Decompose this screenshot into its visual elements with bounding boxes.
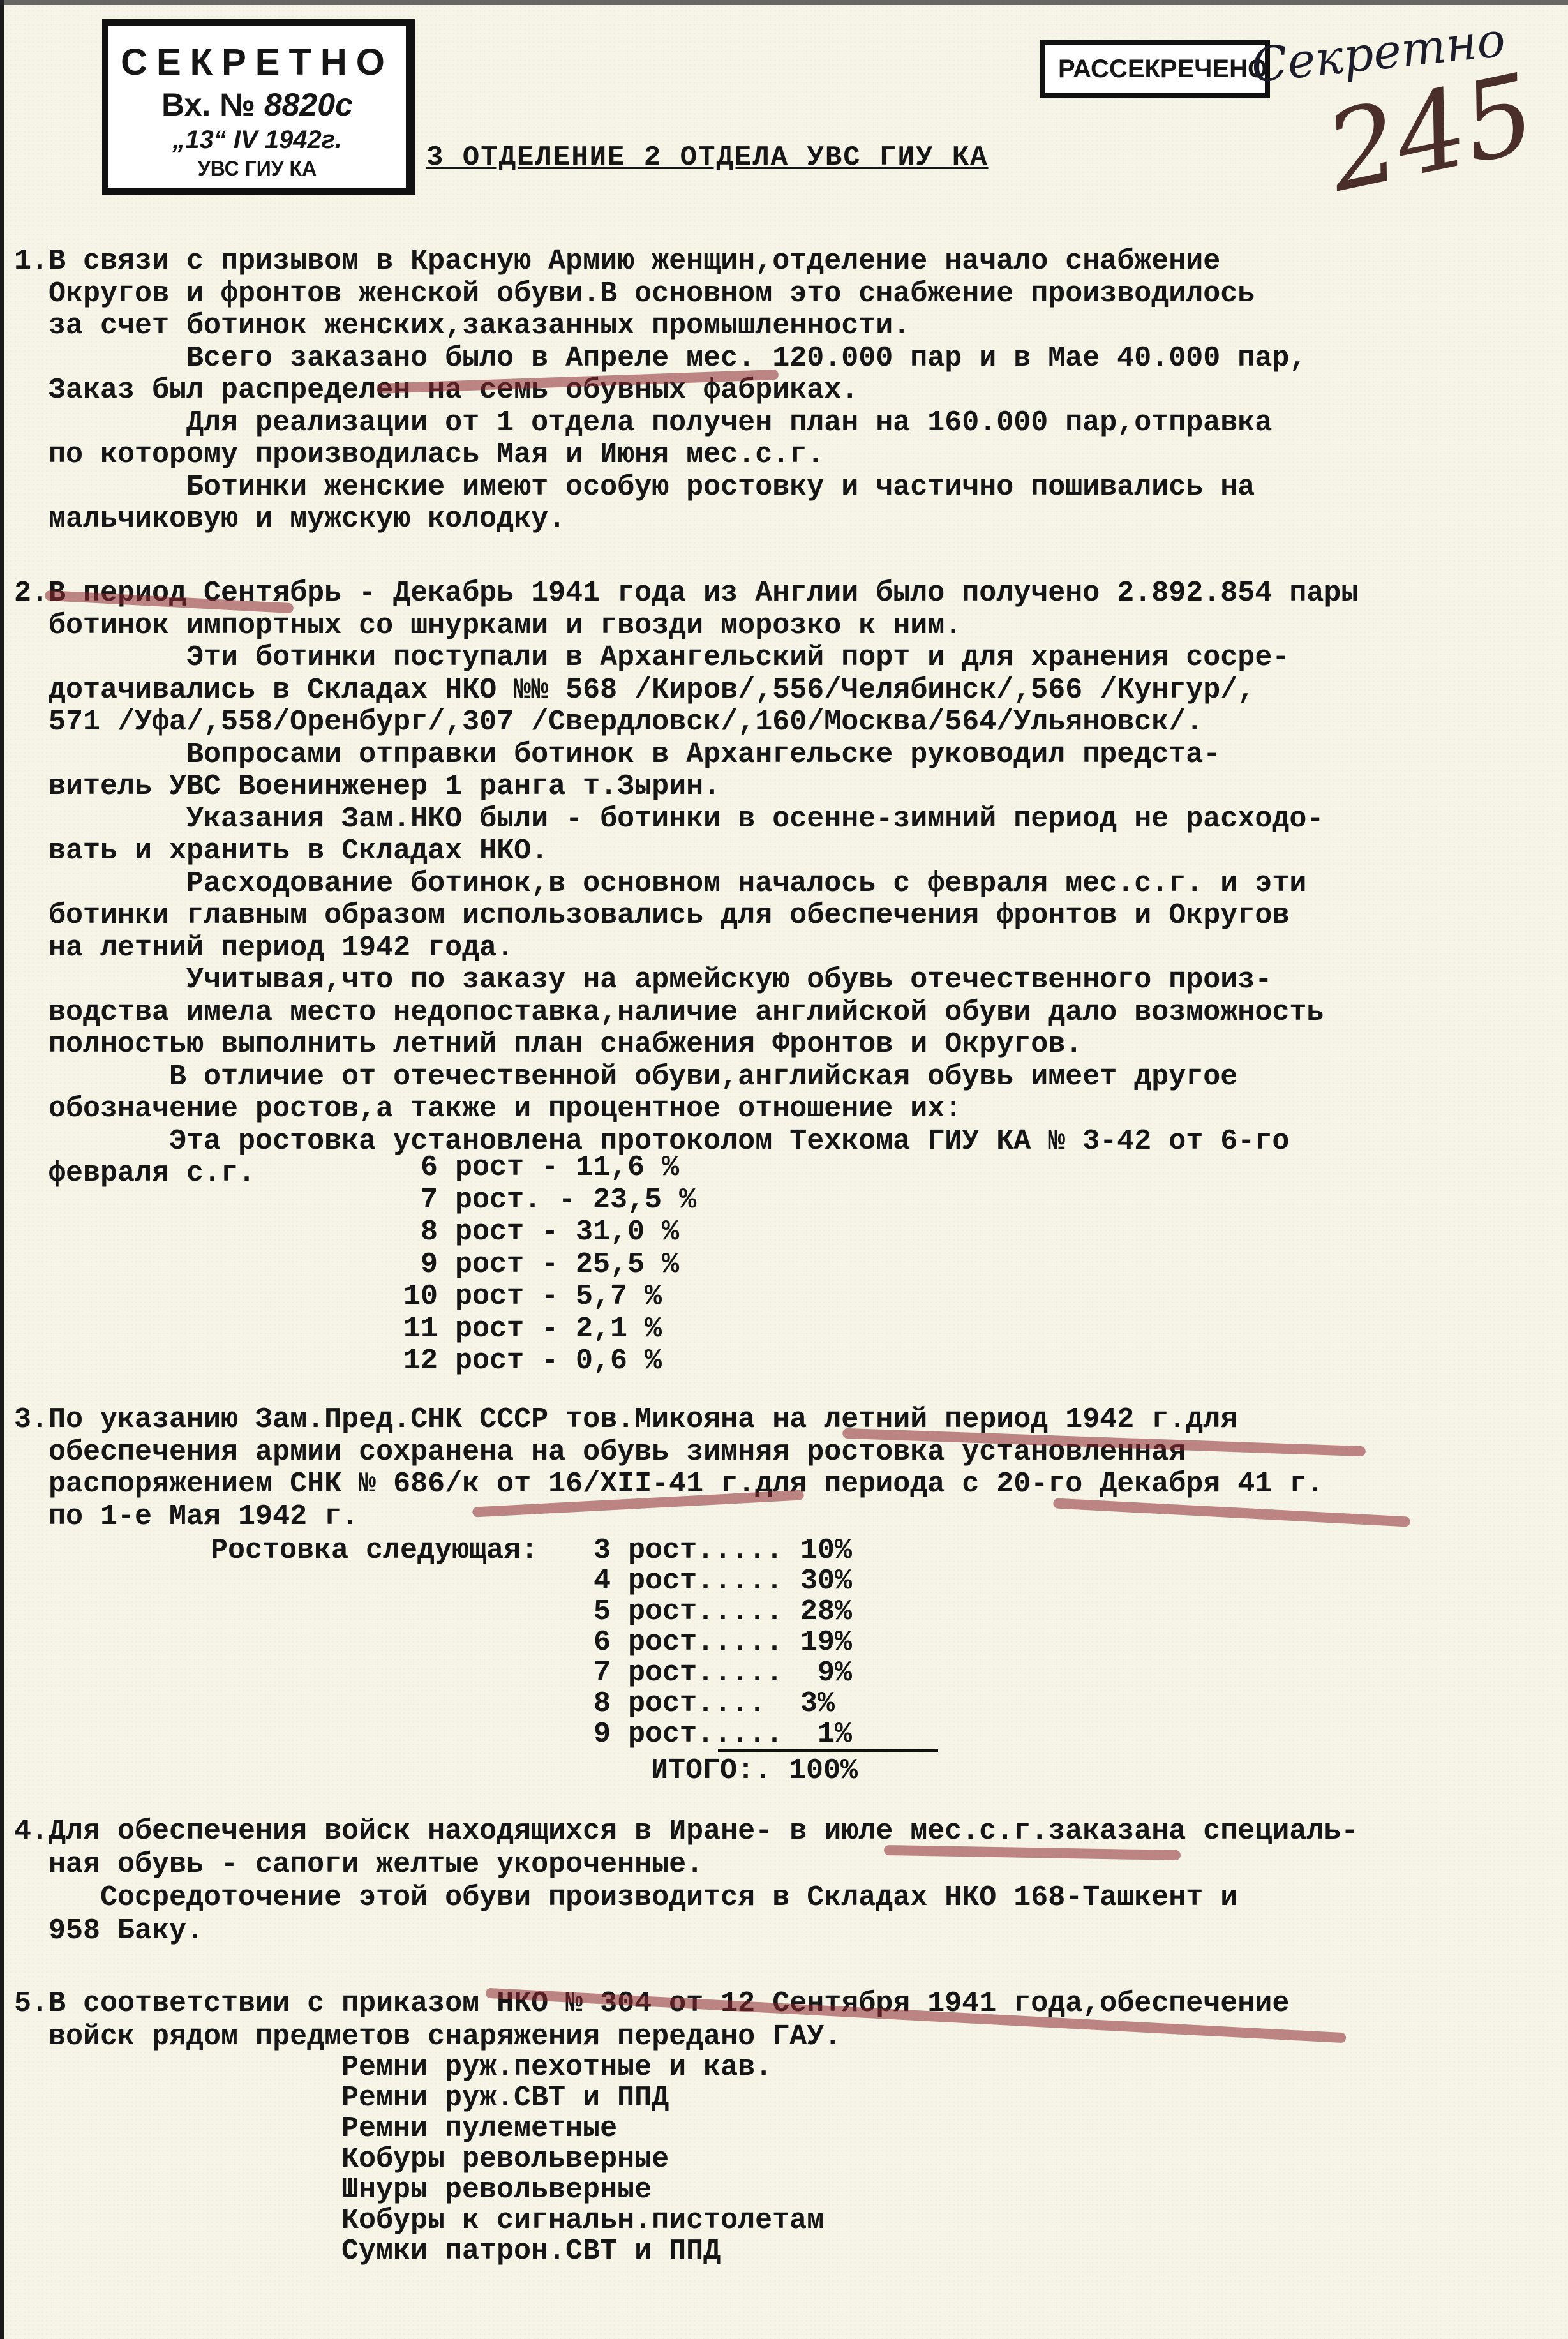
section-2-line: Расходование ботинок,в основном началось… <box>14 868 1306 900</box>
size-row: 6 рост - 11,6 % <box>403 1152 679 1184</box>
equipment-item: Сумки патрон.СВТ и ППД <box>341 2236 721 2268</box>
size-row: 6 рост..... 19% <box>594 1627 852 1659</box>
section-2-line: Вопросами отправки ботинок в Архангельск… <box>14 739 1220 771</box>
size-row: 4 рост..... 30% <box>594 1566 852 1597</box>
declassified-stamp: РАССЕКРЕЧЕНО <box>1040 40 1270 98</box>
size-row: 7 рост. - 23,5 % <box>403 1184 696 1216</box>
section-1-line: за счет ботинок женских,заказанных промы… <box>14 310 910 342</box>
section-4-line: ная обувь - сапоги желтые укороченные. <box>14 1849 703 1881</box>
section-2-line: ботинки главным образом использовались д… <box>14 900 1289 932</box>
section-4-line: 4.Для обеспечения войск находящихся в Ир… <box>14 1816 1358 1848</box>
section-2-line: Эти ботинки поступали в Архангельский по… <box>14 642 1289 674</box>
section-3-line: 3.По указанию Зам.Пред.СНК СССР тов.Мико… <box>14 1404 1237 1436</box>
section-2-line: вать и хранить в Складах НКО. <box>14 835 548 867</box>
size-row: 7 рост..... 9% <box>594 1657 852 1689</box>
section-2-line: Учитывая,что по заказу на армейскую обув… <box>14 964 1272 996</box>
section-5-line: войск рядом предметов снаряжения передан… <box>14 2021 841 2053</box>
stamp-date: „13“ IV 1942г. <box>108 126 406 154</box>
size-total: ИТОГО:. 100% <box>651 1755 858 1787</box>
total-rule <box>718 1749 938 1752</box>
section-4-line: Сосредоточение этой обуви производится в… <box>14 1882 1237 1914</box>
equipment-item: Ремни руж.СВТ и ППД <box>341 2082 669 2114</box>
scan-edge <box>0 0 4 2339</box>
section-2-line: дотачивались в Складах НКО №№ 568 /Киров… <box>14 675 1255 706</box>
secret-stamp: СЕКРЕТНО Вх. № 8820с „13“ IV 1942г. УВС … <box>102 19 415 195</box>
equipment-item: Кобуры револьверные <box>341 2144 669 2176</box>
equipment-item: Кобуры к сигнальн.пистолетам <box>341 2205 824 2237</box>
section-3-line: по 1-е Мая 1942 г. <box>14 1501 359 1533</box>
stamp-number: Вх. № 8820с <box>108 86 406 123</box>
section-2-line: В отличие от отечественной обуви,английс… <box>14 1061 1237 1093</box>
red-pencil-underline <box>1053 1498 1410 1527</box>
section-1-line: Ботинки женские имеют особую ростовку и … <box>14 472 1255 504</box>
section-1-line: по которому производилась Мая и Июня мес… <box>14 439 824 471</box>
equipment-item: Ремни руж.пехотные и кав. <box>341 2052 772 2084</box>
size-row: 11 рост - 2,1 % <box>403 1313 662 1345</box>
section-2-line: ботинок импортных со шнурками и гвозди м… <box>14 610 962 642</box>
section-1-line: 1.В связи с призывом в Красную Армию жен… <box>14 246 1220 278</box>
stamp-title: СЕКРЕТНО <box>108 41 406 84</box>
size-intro: Ростовка следующая: <box>211 1535 538 1567</box>
equipment-item: Шнуры револьверные <box>341 2174 652 2206</box>
section-3-line: распоряжением СНК № 686/к от 16/XII-41 г… <box>14 1468 1324 1500</box>
size-row: 8 рост - 31,0 % <box>403 1216 679 1248</box>
size-row: 8 рост.... 3% <box>594 1688 835 1720</box>
size-row: 3 рост..... 10% <box>594 1535 852 1567</box>
document-heading: 3 ОТДЕЛЕНИЕ 2 ОТДЕЛА УВС ГИУ КА <box>426 142 989 174</box>
section-2-line: Указания Зам.НКО были - ботинки в осенне… <box>14 803 1324 835</box>
section-1-line: Для реализации от 1 отдела получен план … <box>14 407 1272 439</box>
section-2-line: полностью выполнить летний план снабжени… <box>14 1029 1082 1061</box>
section-1-line: Всего заказано было в Апреле мес. 120.00… <box>14 343 1306 375</box>
section-2-line: витель УВС Военинженер 1 ранга т.Зырин. <box>14 771 721 803</box>
section-2-line: обозначение ростов,а также и процентное … <box>14 1093 962 1125</box>
section-2-line: 571 /Уфа/,558/Оренбург/,307 /Свердловск/… <box>14 706 1203 738</box>
section-4-line: 958 Баку. <box>14 1915 204 1947</box>
size-row: 9 рост..... 1% <box>594 1719 852 1751</box>
size-row: 10 рост - 5,7 % <box>403 1281 662 1313</box>
section-2-line: февраля с.г. <box>14 1158 255 1190</box>
scan-edge-top <box>0 0 1568 5</box>
section-2-line: на летний период 1942 года. <box>14 932 514 964</box>
section-1-line: Округов и фронтов женской обуви.В основн… <box>14 278 1255 310</box>
section-1-line: мальчиковую и мужскую колодку. <box>14 504 565 535</box>
equipment-item: Ремни пулеметные <box>341 2113 617 2145</box>
size-row: 5 рост..... 28% <box>594 1596 852 1628</box>
size-row: 12 рост - 0,6 % <box>403 1345 662 1377</box>
section-2-line: водства имела место недопоставка,наличие… <box>14 997 1324 1029</box>
stamp-org: УВС ГИУ КА <box>108 157 406 181</box>
size-row: 9 рост - 25,5 % <box>403 1249 679 1281</box>
